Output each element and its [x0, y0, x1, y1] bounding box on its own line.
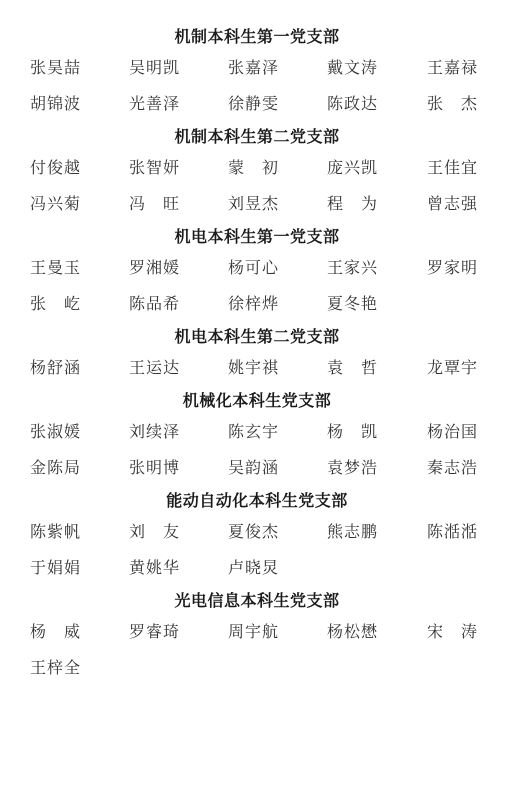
member-name: 周宇航: [228, 614, 279, 650]
branch-section: 光电信息本科生党支部 杨 威 罗睿琦 周宇航 杨松懋 宋 涛 王梓全: [0, 588, 514, 686]
member-name: 罗家明: [427, 250, 478, 286]
branch-title: 机制本科生第二党支部: [0, 124, 514, 150]
name-row: 张昊喆 吴明凯 张嘉泽 戴文涛 王嘉禄: [0, 50, 514, 86]
branch-title: 机电本科生第一党支部: [0, 224, 514, 250]
member-name: 姚宇祺: [228, 350, 279, 386]
party-branch-roster: 机制本科生第一党支部 张昊喆 吴明凯 张嘉泽 戴文涛 王嘉禄 胡锦波 光善泽 徐…: [0, 22, 514, 686]
name-row: 付俊越 张智妍 蒙 初 庞兴凯 王佳宜: [0, 150, 514, 186]
name-row: 于娟娟 黄姚华 卢晓炅: [0, 550, 514, 586]
member-name: 黄姚华: [129, 550, 180, 586]
member-name: 陈品希: [129, 286, 180, 322]
member-name: 蒙 初: [228, 150, 279, 186]
member-name: 张明博: [129, 450, 180, 486]
member-name: 龙覃宇: [427, 350, 478, 386]
member-name: 王运达: [129, 350, 180, 386]
name-row: 张淑媛 刘续泽 陈玄宇 杨 凯 杨治国: [0, 414, 514, 450]
branch-section: 机械化本科生党支部 张淑媛 刘续泽 陈玄宇 杨 凯 杨治国 金陈局 张明博 吴韵…: [0, 388, 514, 486]
member-name: 熊志鹏: [327, 514, 378, 550]
member-name: 王嘉禄: [427, 50, 478, 86]
name-row: 王曼玉 罗湘媛 杨可心 王家兴 罗家明: [0, 250, 514, 286]
branch-title: 机电本科生第二党支部: [0, 324, 514, 350]
branch-section: 机制本科生第二党支部 付俊越 张智妍 蒙 初 庞兴凯 王佳宜 冯兴菊 冯 旺 刘…: [0, 124, 514, 222]
member-name: 张 杰: [427, 86, 478, 122]
member-name: 王梓全: [30, 650, 81, 686]
name-row: 胡锦波 光善泽 徐静雯 陈政达 张 杰: [0, 86, 514, 122]
member-name: 徐静雯: [228, 86, 279, 122]
branch-title: 光电信息本科生党支部: [0, 588, 514, 614]
member-name: 陈紫帆: [30, 514, 81, 550]
member-name: 张智妍: [129, 150, 180, 186]
member-name: 张淑媛: [30, 414, 81, 450]
member-name: 冯 旺: [129, 186, 180, 222]
member-name: 吴明凯: [129, 50, 180, 86]
member-name: 杨治国: [427, 414, 478, 450]
member-name: 杨 凯: [327, 414, 378, 450]
member-name: 程 为: [327, 186, 378, 222]
name-row: 王梓全: [0, 650, 514, 686]
member-name: 刘昱杰: [228, 186, 279, 222]
member-name: 冯兴菊: [30, 186, 81, 222]
branch-section: 机电本科生第二党支部 杨舒涵 王运达 姚宇祺 袁 哲 龙覃宇: [0, 324, 514, 386]
name-row: 冯兴菊 冯 旺 刘昱杰 程 为 曾志强: [0, 186, 514, 222]
member-name: 付俊越: [30, 150, 81, 186]
member-name: 王家兴: [327, 250, 378, 286]
member-name: 袁 哲: [327, 350, 378, 386]
name-row: 杨舒涵 王运达 姚宇祺 袁 哲 龙覃宇: [0, 350, 514, 386]
member-name: 夏俊杰: [228, 514, 279, 550]
name-row: 张 屹 陈品希 徐梓烨 夏冬艳: [0, 286, 514, 322]
member-name: 杨松懋: [327, 614, 378, 650]
branch-title: 机械化本科生党支部: [0, 388, 514, 414]
member-name: 刘续泽: [129, 414, 180, 450]
member-name: 吴韵涵: [228, 450, 279, 486]
member-name: 刘 友: [129, 514, 180, 550]
member-name: 王佳宜: [427, 150, 478, 186]
member-name: 杨可心: [228, 250, 279, 286]
branch-section: 机制本科生第一党支部 张昊喆 吴明凯 张嘉泽 戴文涛 王嘉禄 胡锦波 光善泽 徐…: [0, 24, 514, 122]
name-row: 陈紫帆 刘 友 夏俊杰 熊志鹏 陈湉湉: [0, 514, 514, 550]
member-name: 胡锦波: [30, 86, 81, 122]
member-name: 袁梦浩: [327, 450, 378, 486]
member-name: 杨 威: [30, 614, 81, 650]
member-name: 陈湉湉: [427, 514, 478, 550]
branch-section: 机电本科生第一党支部 王曼玉 罗湘媛 杨可心 王家兴 罗家明 张 屹 陈品希 徐…: [0, 224, 514, 322]
member-name: 庞兴凯: [327, 150, 378, 186]
member-name: 戴文涛: [327, 50, 378, 86]
member-name: 曾志强: [427, 186, 478, 222]
member-name: 夏冬艳: [327, 286, 378, 322]
member-name: 金陈局: [30, 450, 81, 486]
member-name: 秦志浩: [427, 450, 478, 486]
member-name: 罗睿琦: [129, 614, 180, 650]
member-name: 徐梓烨: [228, 286, 279, 322]
name-row: 金陈局 张明博 吴韵涵 袁梦浩 秦志浩: [0, 450, 514, 486]
member-name: 卢晓炅: [228, 550, 279, 586]
member-name: 张 屹: [30, 286, 81, 322]
branch-title: 能动自动化本科生党支部: [0, 488, 514, 514]
member-name: 宋 涛: [427, 614, 478, 650]
member-name: 陈政达: [327, 86, 378, 122]
member-name: 陈玄宇: [228, 414, 279, 450]
member-name: 张嘉泽: [228, 50, 279, 86]
name-row: 杨 威 罗睿琦 周宇航 杨松懋 宋 涛: [0, 614, 514, 650]
member-name: 王曼玉: [30, 250, 81, 286]
member-name: 罗湘媛: [129, 250, 180, 286]
member-name: 杨舒涵: [30, 350, 81, 386]
branch-section: 能动自动化本科生党支部 陈紫帆 刘 友 夏俊杰 熊志鹏 陈湉湉 于娟娟 黄姚华 …: [0, 488, 514, 586]
member-name: 光善泽: [129, 86, 180, 122]
member-name: 张昊喆: [30, 50, 81, 86]
branch-title: 机制本科生第一党支部: [0, 24, 514, 50]
member-name: 于娟娟: [30, 550, 81, 586]
